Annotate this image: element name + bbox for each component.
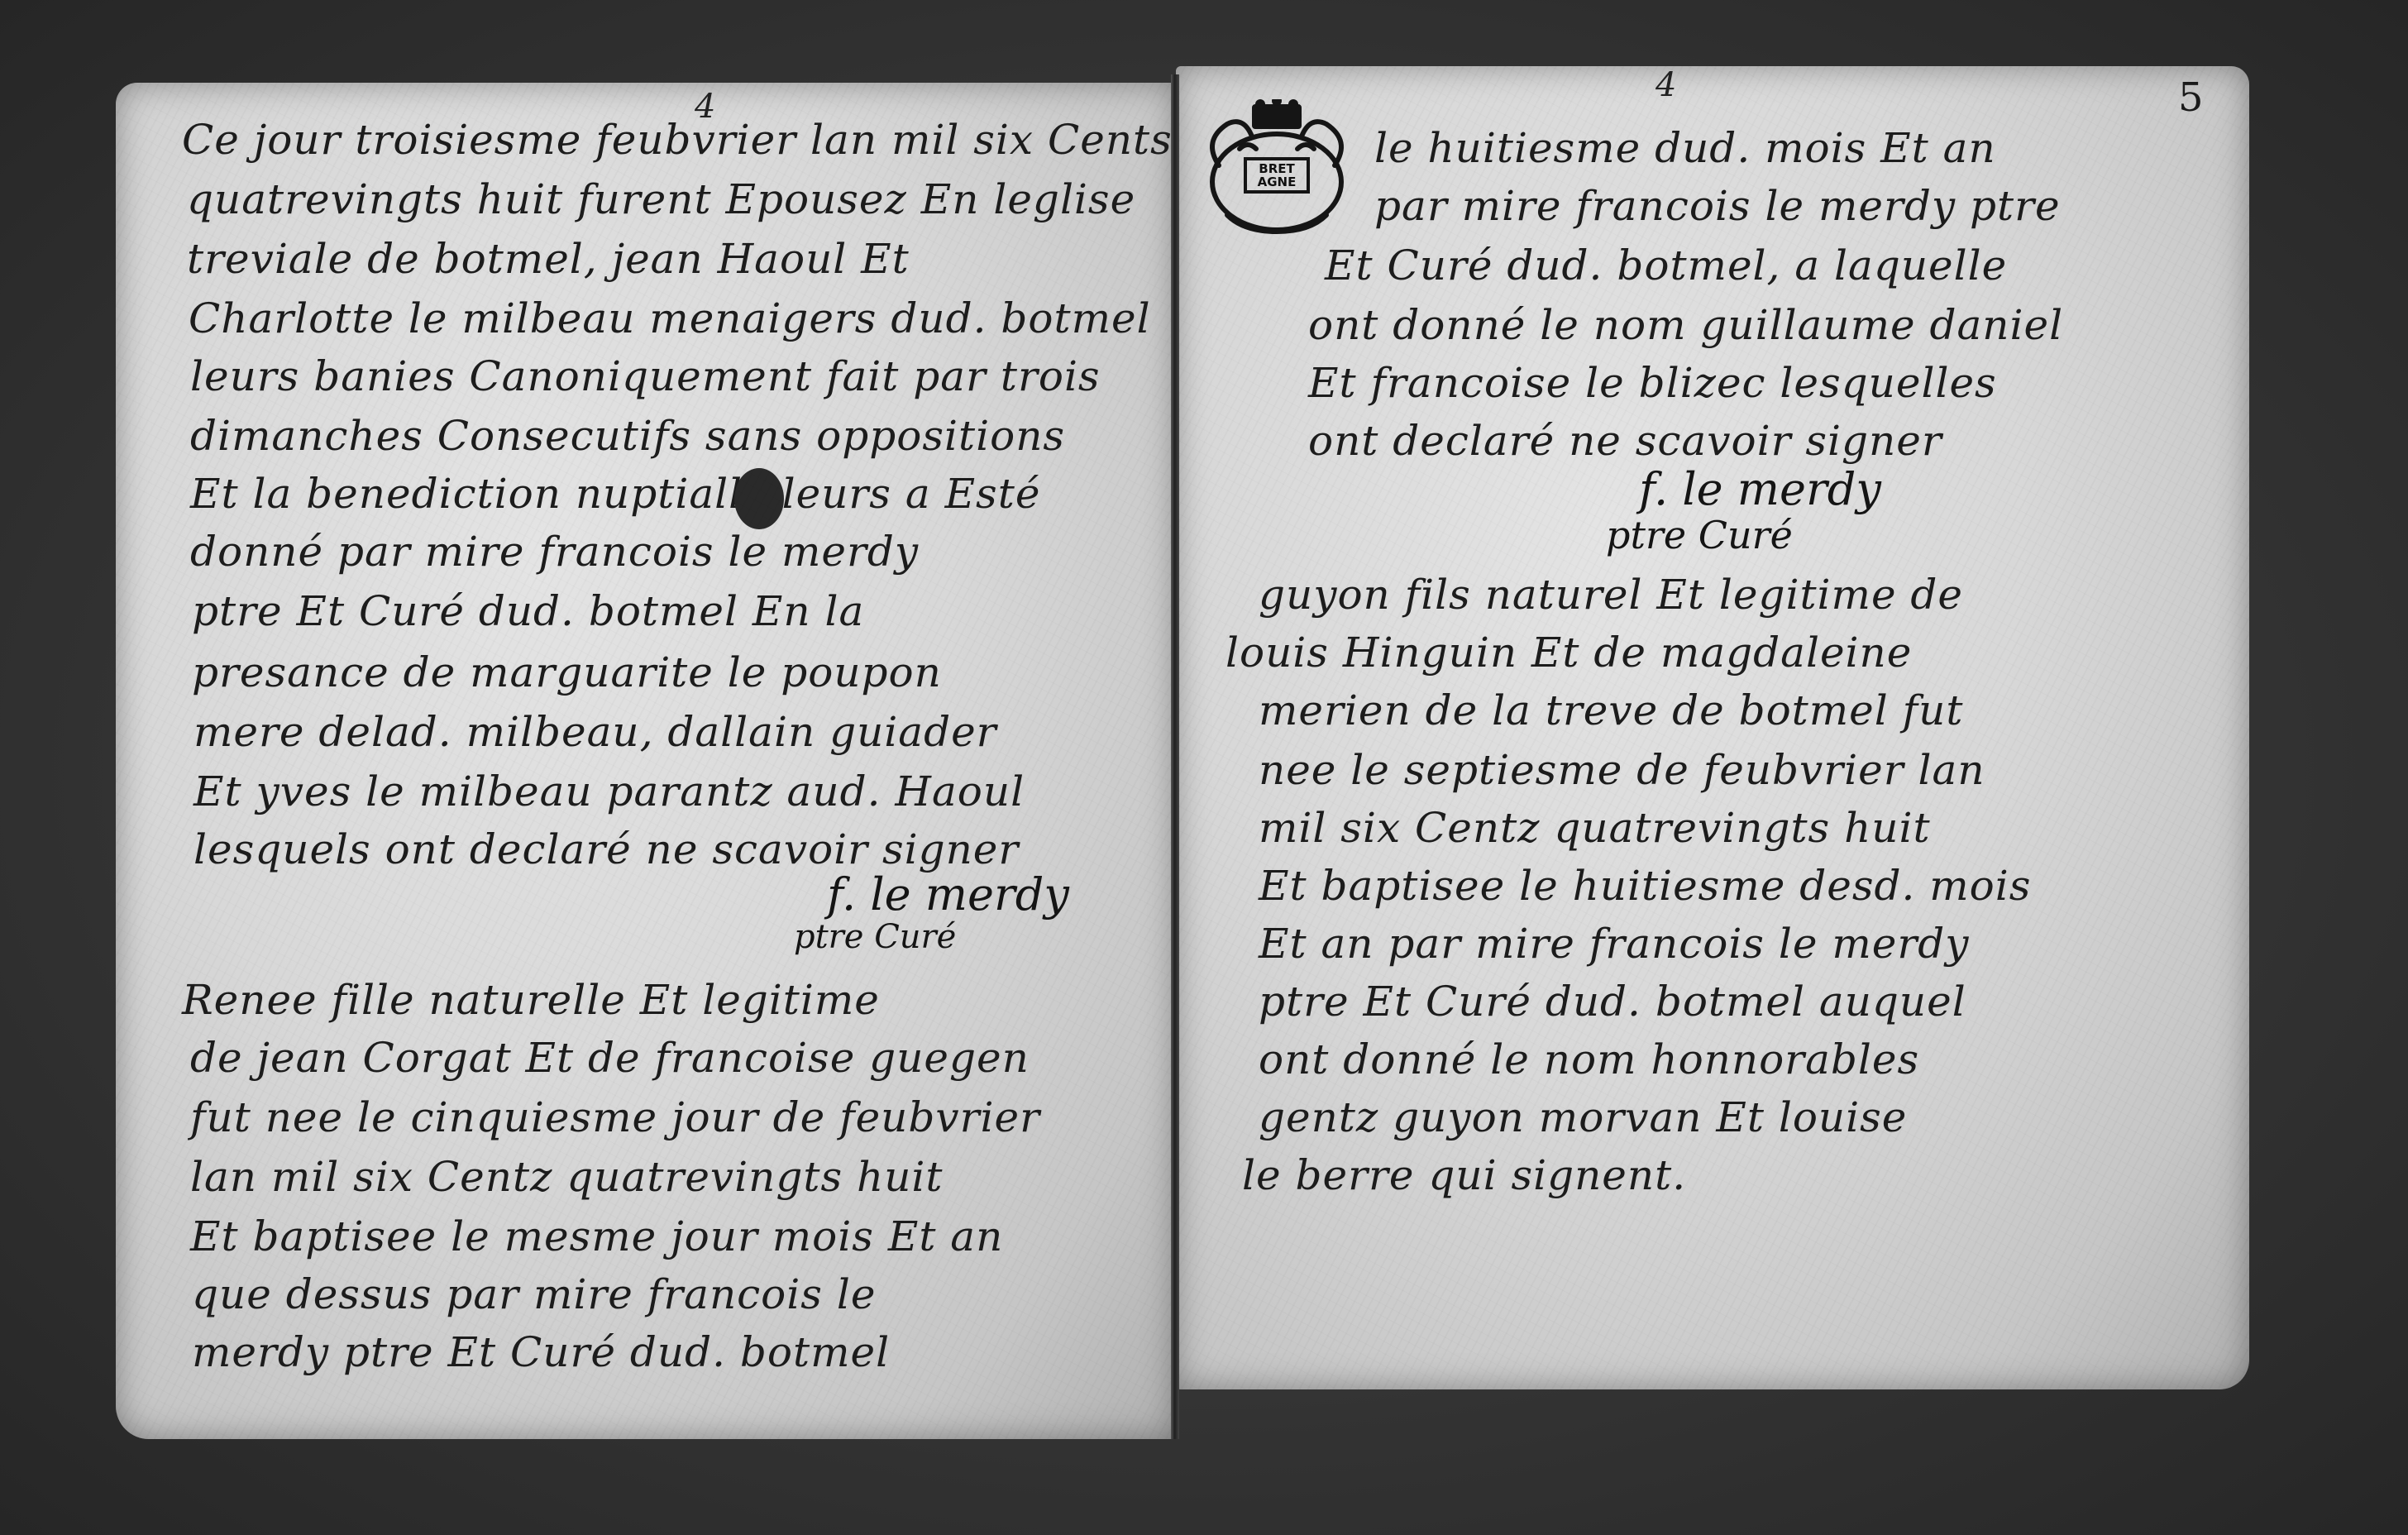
text-line: ont donné le nom honnorables xyxy=(1259,1035,1919,1083)
text-line: merdy ptre Et Curé dud. botmel xyxy=(192,1328,890,1376)
text-line: louis Hinguin Et de magdaleine xyxy=(1225,629,1912,677)
text-line: merien de la treve de botmel fut xyxy=(1259,686,1963,734)
register-spread: 4 Ce jour troisiesme feubvrier lan mil s… xyxy=(116,58,2249,1464)
right-page: BRET AGNE 4 5 le huitiesme dud. mois Et … xyxy=(1176,66,2249,1389)
text-line: guyon fils naturel Et legitime de xyxy=(1259,571,1963,619)
text-line: Et an par mire francois le merdy xyxy=(1259,920,1970,968)
text-line: Renee fille naturelle Et legitime xyxy=(182,976,880,1024)
text-line: fut nee le cinquiesme jour de feubvrier xyxy=(190,1093,1040,1141)
text-line: ptre Et Curé dud. botmel auquel xyxy=(1259,978,1966,1026)
text-line: Et baptisee le mesme jour mois Et an xyxy=(190,1212,1003,1260)
binding-gutter xyxy=(1171,74,1179,1439)
text-line: le berre qui signent. xyxy=(1242,1151,1686,1199)
text-line: nee le septiesme de feubvrier lan xyxy=(1259,746,1985,794)
text-line: que dessus par mire francois le xyxy=(192,1270,876,1318)
text-line: gentz guyon morvan Et louise xyxy=(1259,1093,1907,1141)
left-page: 4 Ce jour troisiesme feubvrier lan mil s… xyxy=(116,83,1176,1439)
text-line: Et baptisee le huitiesme desd. mois xyxy=(1259,862,2031,910)
entry-baptism-renee: Renee fille naturelle Et legitime de jea… xyxy=(116,83,1176,1439)
text-line: lan mil six Centz quatrevingts huit xyxy=(190,1153,944,1201)
text-line: de jean Corgat Et de francoise guegen xyxy=(190,1034,1030,1082)
text-line: mil six Centz quatrevingts huit xyxy=(1259,804,1931,852)
entry-baptism-guyon: guyon fils naturel Et legitime de louis … xyxy=(1176,66,2249,1389)
